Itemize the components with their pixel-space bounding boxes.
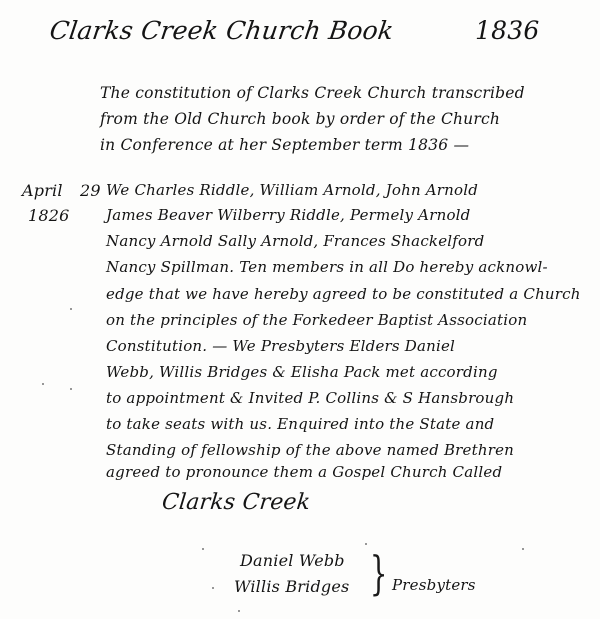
- entry-line: to appointment & Invited P. Collins & S …: [106, 389, 514, 407]
- entry-line: James Beaver Wilberry Riddle, Permely Ar…: [106, 206, 470, 224]
- signatory-name: Willis Bridges: [234, 577, 349, 596]
- scan-speck: [238, 610, 240, 612]
- entry-line: Webb, Willis Bridges & Elisha Pack met a…: [106, 363, 498, 381]
- entry-line: on the principles of the Forkedeer Bapti…: [106, 311, 527, 329]
- document-year: 1836: [475, 16, 539, 45]
- scan-speck: [212, 587, 214, 589]
- brace-glyph: }: [370, 550, 388, 596]
- scan-speck: [42, 383, 44, 385]
- entry-line: to take seats with us. Enquired into the…: [106, 415, 494, 433]
- signatory-role: Presbyters: [392, 576, 476, 594]
- scanned-document-page: Clarks Creek Church Book 1836 The consti…: [0, 0, 600, 619]
- entry-line: Nancy Spillman. Ten members in all Do he…: [106, 258, 548, 276]
- entry-date-year: 1826: [28, 206, 70, 225]
- entry-date-day: 29: [80, 181, 101, 200]
- scan-speck: [365, 543, 367, 545]
- scan-speck: [522, 548, 524, 550]
- entry-line: edge that we have hereby agreed to be co…: [106, 285, 581, 303]
- preamble-line: in Conference at her September term 1836…: [100, 136, 469, 154]
- church-name-signature: Clarks Creek: [161, 490, 312, 515]
- entry-line: Nancy Arnold Sally Arnold, Frances Shack…: [106, 232, 484, 250]
- entry-line: Standing of fellowship of the above name…: [106, 441, 514, 459]
- preamble-line: The constitution of Clarks Creek Church …: [100, 84, 525, 102]
- document-title: Clarks Creek Church Book: [48, 16, 396, 45]
- entry-line: We Charles Riddle, William Arnold, John …: [106, 181, 478, 199]
- entry-line: agreed to pronounce them a Gospel Church…: [106, 463, 502, 481]
- signatory-name: Daniel Webb: [240, 551, 345, 570]
- entry-date-month: April: [22, 181, 63, 200]
- preamble-line: from the Old Church book by order of the…: [100, 110, 500, 128]
- scan-speck: [70, 308, 72, 310]
- scan-speck: [70, 388, 72, 390]
- entry-line: Constitution. — We Presbyters Elders Dan…: [106, 337, 455, 355]
- scan-speck: [202, 548, 204, 550]
